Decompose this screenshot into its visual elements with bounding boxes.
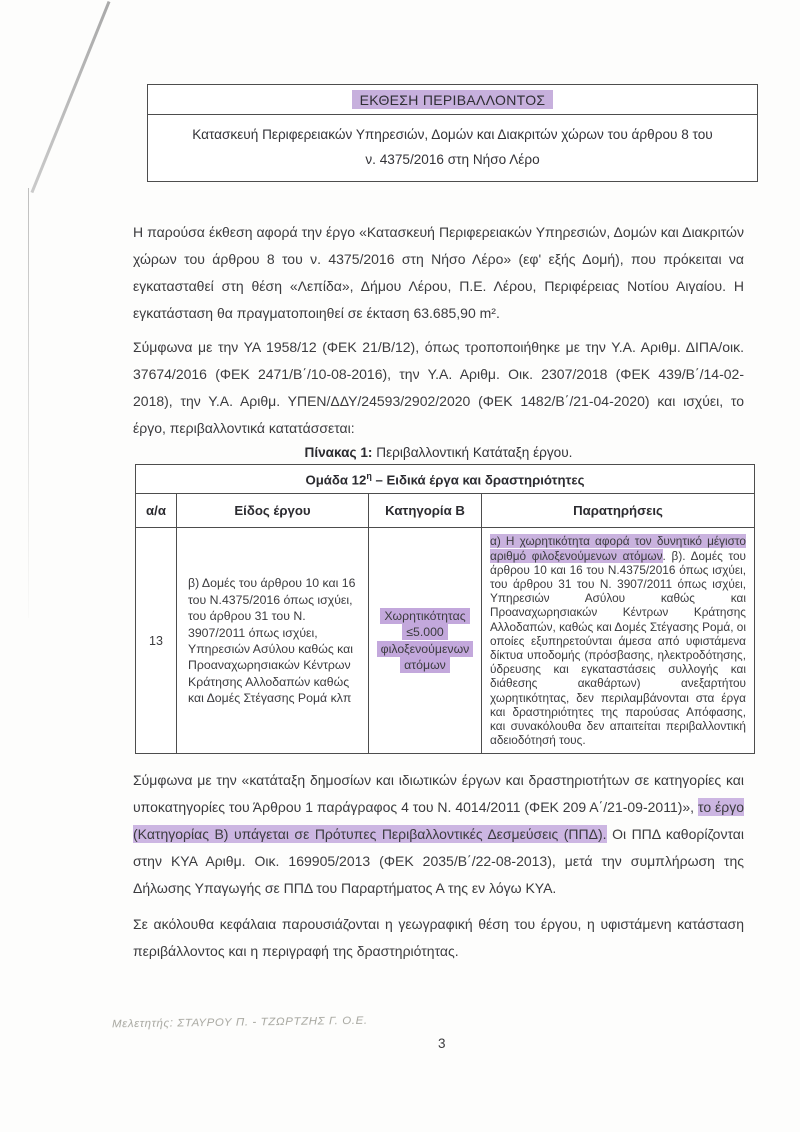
ppd-text-before: Σύμφωνα με την «κατάταξη δημοσίων και ιδ… bbox=[133, 772, 744, 815]
paragraph-ppd: Σύμφωνα με την «κατάταξη δημοσίων και ιδ… bbox=[133, 767, 744, 902]
paragraph-intro: Η παρούσα έκθεση αφορά την έργο «Κατασκε… bbox=[133, 219, 744, 327]
group-header-suffix: – Ειδικά έργα και δραστηριότητες bbox=[372, 472, 585, 487]
scan-artifact-diagonal-line bbox=[31, 1, 110, 193]
column-header-observations: Παρατηρήσεις bbox=[482, 494, 755, 528]
document-body: Η παρούσα έκθεση αφορά την έργο «Κατασκε… bbox=[133, 219, 744, 965]
report-subtitle: Κατασκευή Περιφερειακών Υπηρεσιών, Δομών… bbox=[148, 115, 757, 181]
paragraph-chapters: Σε ακόλουθα κεφάλαια παρουσιάζονται η γε… bbox=[133, 911, 744, 965]
table-group-header: Ομάδα 12η – Ειδικά έργα και δραστηριότητ… bbox=[136, 465, 755, 494]
column-header-project-type: Είδος έργου bbox=[177, 494, 369, 528]
cell-project-type: β) Δομές του άρθρου 10 και 16 του Ν.4375… bbox=[177, 528, 369, 754]
page-number: 3 bbox=[438, 1036, 446, 1051]
cell-category-capacity: Χωρητικότητας ≤5.000 φιλοξενούμενων ατόμ… bbox=[369, 528, 482, 754]
cell-row-number: 13 bbox=[136, 528, 177, 754]
environmental-classification-table: Ομάδα 12η – Ειδικά έργα και δραστηριότητ… bbox=[135, 464, 755, 754]
observations-rest-text: . β). Δομές του άρθρου 10 και 16 του Ν.4… bbox=[490, 549, 746, 748]
table-caption: Πίνακας 1: Περιβαλλοντική Κατάταξη έργου… bbox=[133, 445, 744, 460]
paragraph-classification-laws: Σύμφωνα με την ΥΑ 1958/12 (ΦΕΚ 21/Β/12),… bbox=[133, 334, 744, 442]
title-box: ΕΚΘΕΣΗ ΠΕΡΙΒΑΛΛΟΝΤΟΣ Κατασκευή Περιφερει… bbox=[147, 84, 758, 182]
table-row: 13 β) Δομές του άρθρου 10 και 16 του Ν.4… bbox=[136, 528, 755, 754]
title-row: ΕΚΘΕΣΗ ΠΕΡΙΒΑΛΛΟΝΤΟΣ bbox=[148, 85, 757, 115]
table-caption-text: Περιβαλλοντική Κατάταξη έργου. bbox=[372, 445, 572, 460]
scan-artifact-vertical-line bbox=[28, 188, 29, 618]
footer-author-line: Μελετητής: ΣΤΑΥΡΟΥ Π. - ΤΖΩΡΤΖΗΣ Γ. Ο.Ε. bbox=[112, 1014, 452, 1031]
group-header-prefix: Ομάδα 12 bbox=[305, 472, 366, 487]
column-header-category-b: Κατηγορία Β bbox=[369, 494, 482, 528]
scanned-document-page: ΕΚΘΕΣΗ ΠΕΡΙΒΑΛΛΟΝΤΟΣ Κατασκευή Περιφερει… bbox=[0, 0, 800, 1132]
column-header-aa: α/α bbox=[136, 494, 177, 528]
report-title: ΕΚΘΕΣΗ ΠΕΡΙΒΑΛΛΟΝΤΟΣ bbox=[352, 90, 554, 109]
cell-observations: α) Η χωρητικότητα αφορά τον δυνητικό μέγ… bbox=[482, 528, 755, 754]
table-group-header-row: Ομάδα 12η – Ειδικά έργα και δραστηριότητ… bbox=[136, 465, 755, 494]
table-caption-label: Πίνακας 1: bbox=[305, 445, 373, 460]
table-column-header-row: α/α Είδος έργου Κατηγορία Β Παρατηρήσεις bbox=[136, 494, 755, 528]
capacity-highlighted-text: Χωρητικότητας ≤5.000 φιλοξενούμενων ατόμ… bbox=[377, 608, 474, 674]
